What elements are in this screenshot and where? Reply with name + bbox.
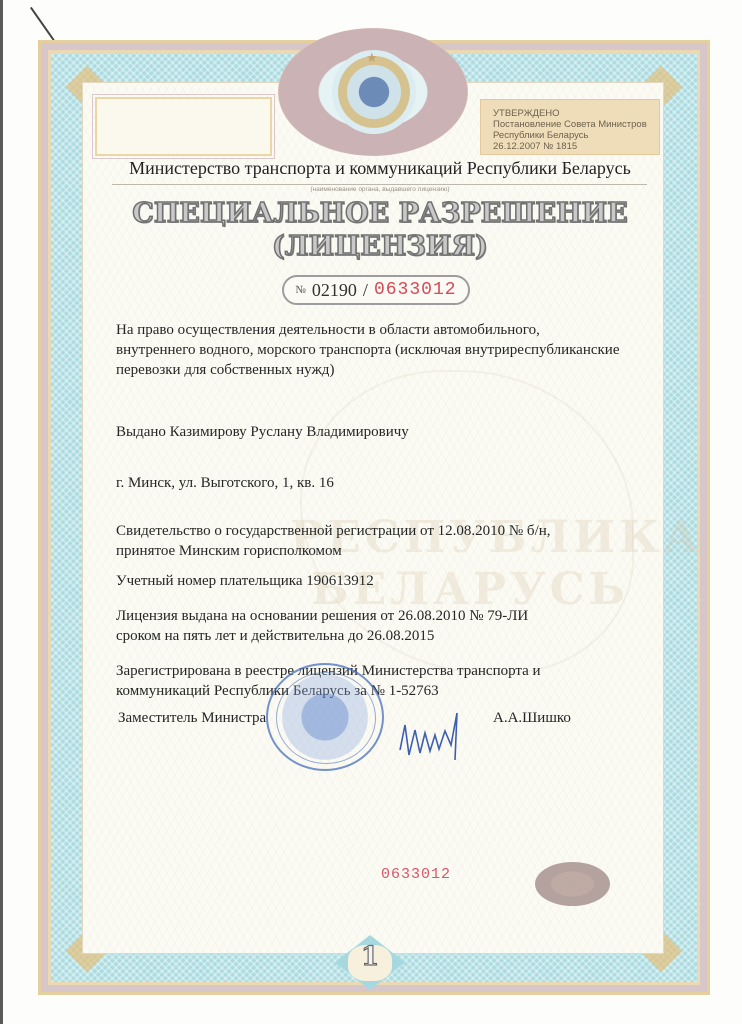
document-title: СПЕЦИАЛЬНОЕ РАЗРЕШЕНИЕ bbox=[110, 198, 650, 229]
basis-line: Лицензия выдана на основании решения от … bbox=[116, 606, 528, 626]
registration-line: Свидетельство о государственной регистра… bbox=[116, 521, 551, 541]
hologram-icon bbox=[535, 862, 610, 906]
signature-icon bbox=[395, 705, 475, 765]
stamp-inner-ring bbox=[276, 672, 376, 764]
issuer-name: Министерство транспорта и коммуникаций Р… bbox=[110, 158, 650, 179]
address: г. Минск, ул. Выготского, 1, кв. 16 bbox=[116, 473, 334, 493]
scope-line: перевозки для собственных нужд) bbox=[116, 360, 334, 380]
approval-box: УТВЕРЖДЕНО Постановление Совета Министро… bbox=[480, 99, 660, 155]
license-number-badge: № 02190 / 0633012 bbox=[282, 275, 470, 305]
license-number: 02190 bbox=[312, 280, 357, 301]
approval-line: 26.12.2007 № 1815 bbox=[493, 141, 659, 152]
approval-line: УТВЕРЖДЕНО bbox=[493, 108, 659, 119]
page-number: 1 bbox=[348, 942, 392, 972]
signatory-name: А.А.Шишко bbox=[493, 708, 571, 728]
issuer-underline bbox=[112, 184, 647, 185]
approval-line: Республики Беларусь bbox=[493, 130, 659, 141]
registration-line: принятое Минским горисполкомом bbox=[116, 541, 342, 561]
signatory-position: Заместитель Министра bbox=[118, 708, 266, 728]
issuer-caption: (наименование органа, выдавшего лицензию… bbox=[110, 186, 650, 193]
scope-line: внутреннего водного, морского транспорта… bbox=[116, 340, 619, 360]
blank-series-box bbox=[95, 97, 272, 156]
scope-line: На право осуществления деятельности в об… bbox=[116, 320, 540, 340]
scan-edge bbox=[0, 0, 3, 1024]
approval-line: Постановление Совета Министров bbox=[493, 119, 659, 130]
basis-line: сроком на пять лет и действительна до 26… bbox=[116, 626, 434, 646]
serial-number: 0633012 bbox=[381, 866, 451, 883]
issued-to: Выдано Казимирову Руслану Владимировичу bbox=[116, 422, 409, 442]
document-subtitle: (ЛИЦЕНЗИЯ) bbox=[110, 231, 650, 262]
number-sign: № bbox=[295, 284, 306, 296]
number-separator: / bbox=[363, 280, 368, 301]
blank-number: 0633012 bbox=[374, 280, 457, 300]
scan-artifact-line bbox=[30, 7, 55, 41]
taxpayer-id: Учетный номер плательщика 190613912 bbox=[116, 571, 374, 591]
star-icon: ★ bbox=[366, 50, 378, 66]
